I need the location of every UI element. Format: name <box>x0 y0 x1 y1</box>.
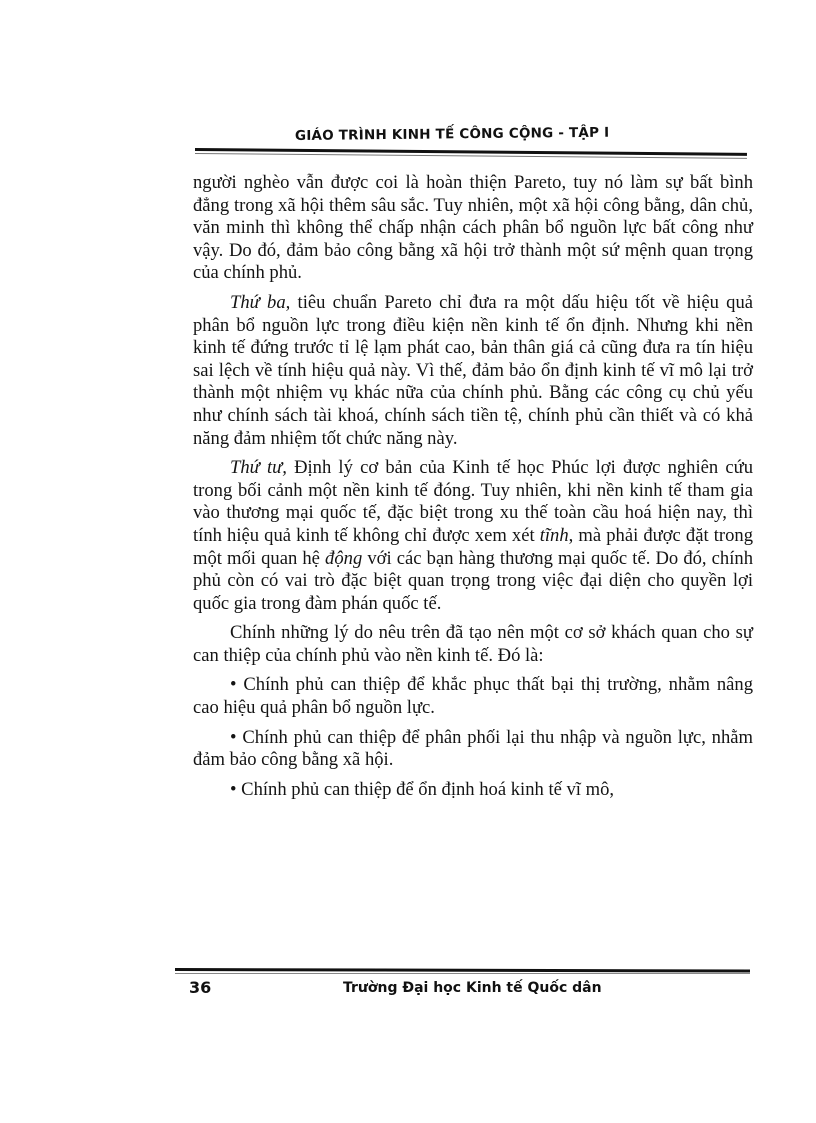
bullet-icon: • <box>230 674 237 695</box>
paragraph-summary: Chính những lý do nêu trên đã tạo nên mộ… <box>193 622 753 667</box>
bullet-item: • Chính phủ can thiệp để khắc phục thất … <box>193 674 753 719</box>
bullet-text: Chính phủ can thiệp để ổn định hoá kinh … <box>241 779 614 800</box>
paragraph-lead-italic: Thứ ba, <box>230 292 290 313</box>
bullet-icon: • <box>230 727 237 748</box>
paragraph-text: tiêu chuẩn Pareto chỉ đưa ra một dấu hiệ… <box>193 292 753 449</box>
page-number: 36 <box>189 978 211 997</box>
body-text: người nghèo vẫn được coi là hoàn thiện P… <box>193 172 753 801</box>
paragraph-text: Chính những lý do nêu trên đã tạo nên mộ… <box>193 622 753 666</box>
paragraph-thu-ba: Thứ ba, tiêu chuẩn Pareto chỉ đưa ra một… <box>193 292 753 450</box>
footer-rule-thin <box>175 973 750 974</box>
bullet-icon: • <box>230 779 237 800</box>
running-head-title: GIÁO TRÌNH KINH TẾ CÔNG CỘNG - TẬP I <box>295 125 609 144</box>
paragraph-text: người nghèo vẫn được coi là hoàn thiện P… <box>193 172 753 283</box>
emphasis-tinh: tĩnh <box>540 525 569 546</box>
bullet-item: • Chính phủ can thiệp để phân phối lại t… <box>193 727 753 772</box>
footer-rule <box>175 968 750 973</box>
paragraph-thu-tu: Thứ tư, Định lý cơ bản của Kinh tế học P… <box>193 457 753 615</box>
book-page: GIÁO TRÌNH KINH TẾ CÔNG CỘNG - TẬP I ngư… <box>0 0 816 1123</box>
footer-publisher: Trường Đại học Kinh tế Quốc dân <box>343 980 602 996</box>
bullet-item: • Chính phủ can thiệp để ổn định hoá kin… <box>193 779 753 802</box>
paragraph-continuation: người nghèo vẫn được coi là hoàn thiện P… <box>193 172 753 285</box>
paragraph-lead-italic: Thứ tư, <box>230 457 287 478</box>
bullet-text: Chính phủ can thiệp để phân phối lại thu… <box>193 727 753 771</box>
bullet-text: Chính phủ can thiệp để khắc phục thất bạ… <box>193 674 753 718</box>
emphasis-dong: động <box>325 548 362 569</box>
